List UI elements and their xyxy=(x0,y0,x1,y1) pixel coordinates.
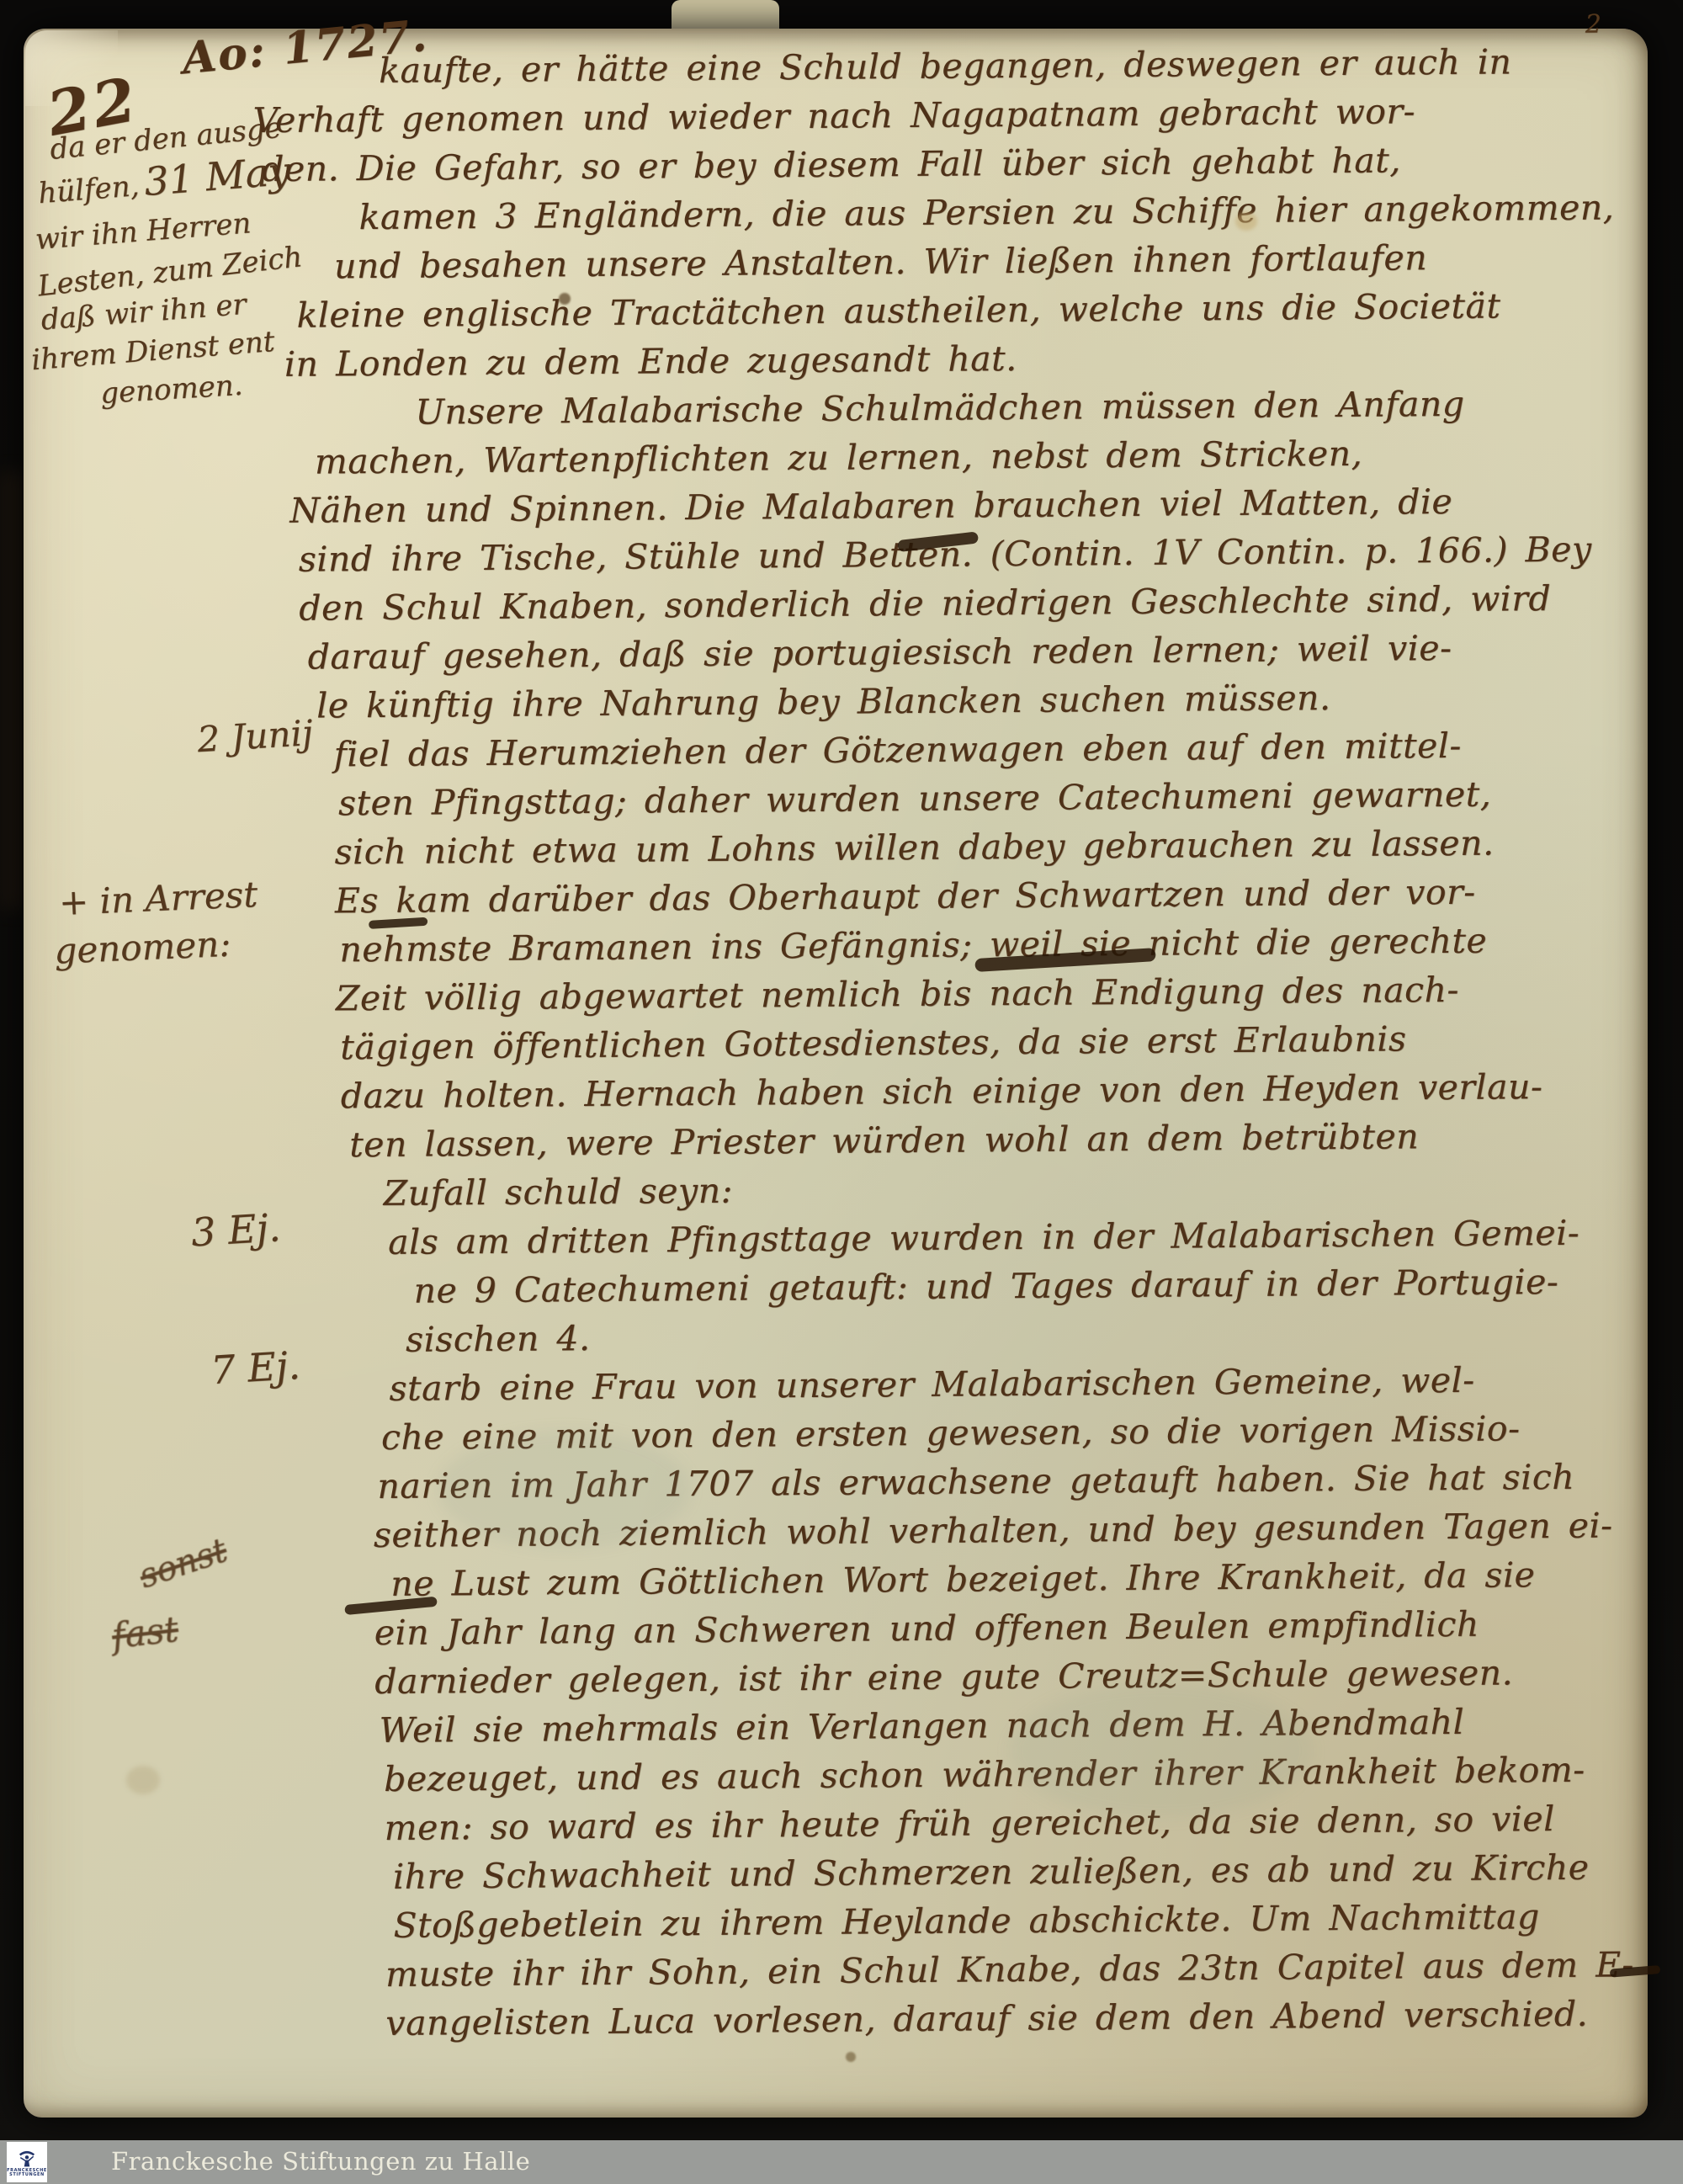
viewer-footer-bar: FRANCKESCHE STIFTUNGEN Franckesche Stift… xyxy=(0,2140,1683,2184)
manuscript-body: kaufte, er hätte eine Schuld begangen, d… xyxy=(0,36,1683,2051)
manuscript-line: vangelisten Luca vorlesen, darauf sie de… xyxy=(385,1989,1683,2048)
paper-stain xyxy=(126,1766,160,1794)
manuscript-line: darnieder gelegen, ist ihr eine gute Cre… xyxy=(374,1647,1683,1706)
bleed-through xyxy=(1010,1683,1313,1818)
manuscript-line: ne Lust zum Göttlichen Wort bezeiget. Ih… xyxy=(390,1549,1683,1608)
logo-box: FRANCKESCHE STIFTUNGEN xyxy=(7,2142,47,2182)
scan-background: 22 Ao: 1727. da er den ausge hülfen, 31 … xyxy=(0,0,1683,2184)
bleed-through xyxy=(438,1431,690,1549)
manuscript-line: kaufte, er hätte eine Schuld begangen, d… xyxy=(379,36,1683,95)
margin-note: 2 xyxy=(1585,10,1601,40)
paper-stain xyxy=(559,293,571,305)
paper-stain xyxy=(1235,212,1257,231)
institution-name: Franckesche Stiftungen zu Halle xyxy=(111,2147,530,2176)
paper-stain xyxy=(846,2052,856,2062)
franckesche-stiftungen-logo-icon xyxy=(16,2147,38,2169)
manuscript-line: ne 9 Catechumeni getauft: und Tages dara… xyxy=(413,1257,1683,1315)
manuscript-content: 22 Ao: 1727. da er den ausge hülfen, 31 … xyxy=(0,0,1683,2184)
logo-caption: STIFTUNGEN xyxy=(9,2173,45,2178)
manuscript-line: kamen 3 Engländern, die aus Persien zu S… xyxy=(358,183,1683,242)
